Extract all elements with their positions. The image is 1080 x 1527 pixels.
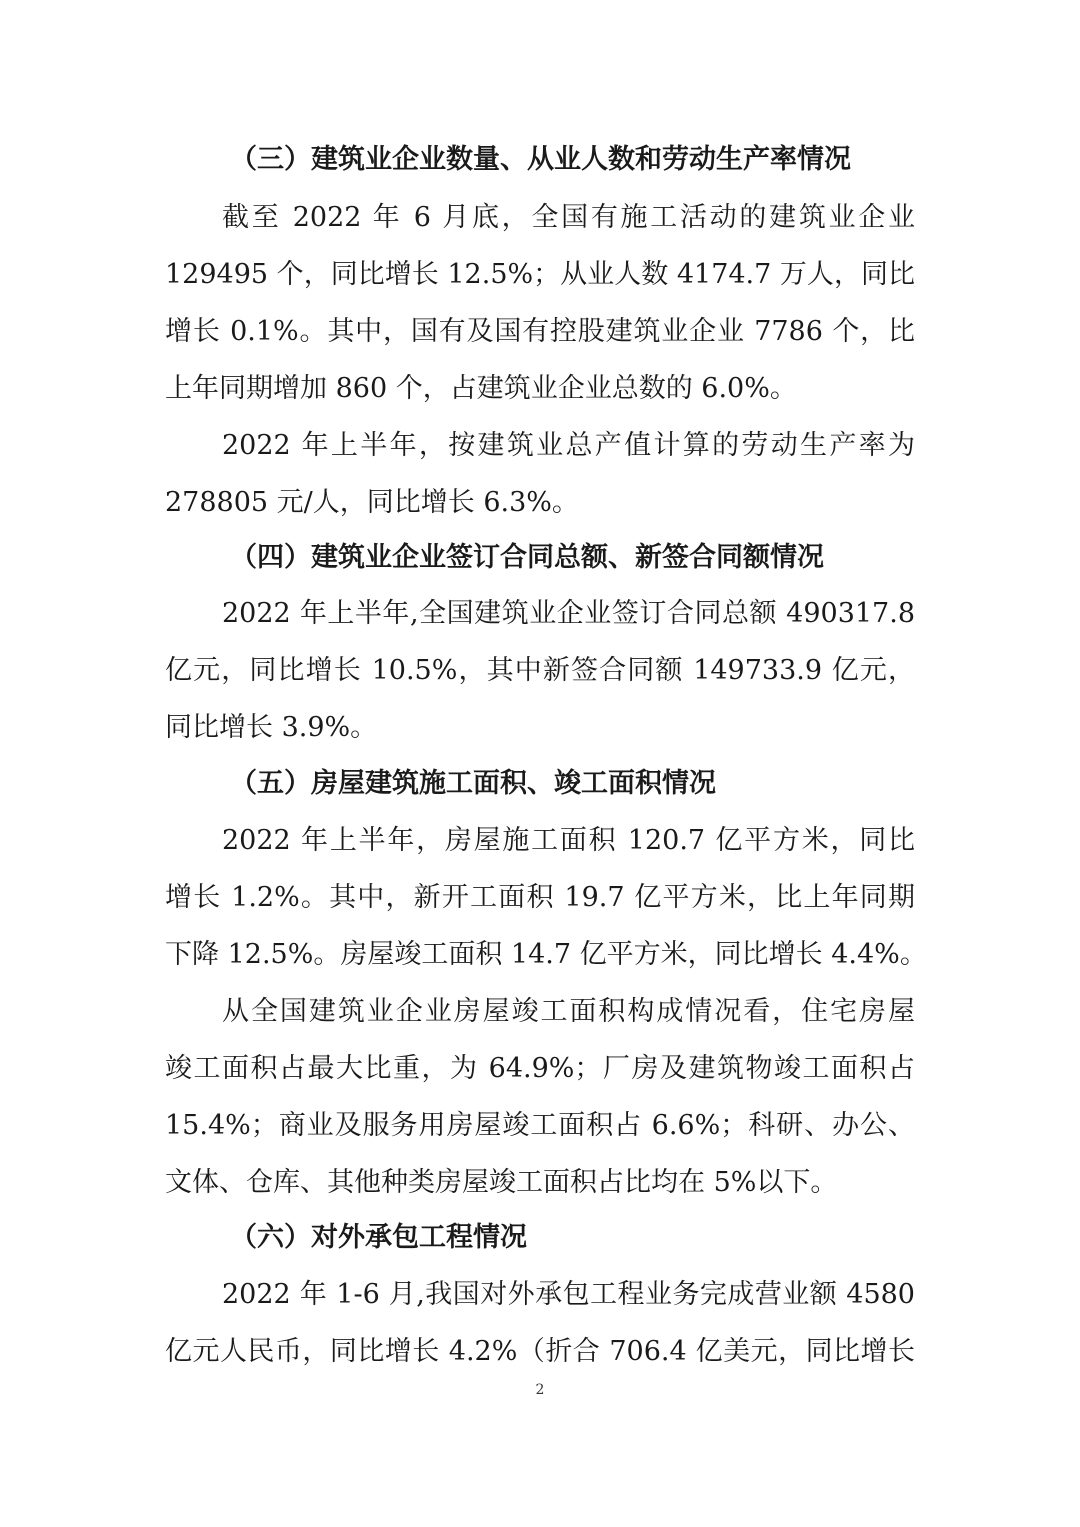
paragraph-line: 2022 年 1-6 月,我国对外承包工程业务完成营业额 4580 (222, 1275, 915, 1315)
paragraph-line: 下降 12.5%。房屋竣工面积 14.7 亿平方米，同比增长 4.4%。 (165, 935, 915, 975)
paragraph-line: 2022 年上半年,全国建筑业企业签订合同总额 490317.8 (222, 594, 915, 634)
paragraph-line: 增长 1.2%。其中，新开工面积 19.7 亿平方米，比上年同期 (165, 878, 915, 918)
page-number: 2 (0, 1382, 1080, 1398)
section-heading-3: （三）建筑业企业数量、从业人数和劳动生产率情况 (230, 140, 851, 180)
section-heading-6: （六）对外承包工程情况 (230, 1218, 527, 1258)
paragraph-line: 15.4%；商业及服务用房屋竣工面积占 6.6%；科研、办公、 (165, 1106, 915, 1146)
section-heading-4: （四）建筑业企业签订合同总额、新签合同额情况 (230, 538, 824, 578)
paragraph-line: 亿元，同比增长 10.5%，其中新签合同额 149733.9 亿元， (165, 651, 915, 691)
paragraph-line: 竣工面积占最大比重，为 64.9%；厂房及建筑物竣工面积占 (165, 1049, 915, 1089)
paragraph-line: 129495 个，同比增长 12.5%；从业人数 4174.7 万人，同比 (165, 255, 915, 295)
paragraph-line: 278805 元/人，同比增长 6.3%。 (165, 483, 915, 523)
paragraph-line: 亿元人民币，同比增长 4.2%（折合 706.4 亿美元，同比增长 (165, 1332, 915, 1372)
paragraph-line: 截至 2022 年 6 月底，全国有施工活动的建筑业企业 (222, 198, 915, 238)
section-heading-5: （五）房屋建筑施工面积、竣工面积情况 (230, 764, 716, 804)
paragraph-line: 从全国建筑业企业房屋竣工面积构成情况看，住宅房屋 (222, 992, 915, 1032)
paragraph-line: 2022 年上半年，按建筑业总产值计算的劳动生产率为 (222, 426, 915, 466)
paragraph-line: 文体、仓库、其他种类房屋竣工面积占比均在 5%以下。 (165, 1163, 915, 1203)
document-page: （三）建筑业企业数量、从业人数和劳动生产率情况 截至 2022 年 6 月底，全… (0, 0, 1080, 1527)
paragraph-line: 2022 年上半年，房屋施工面积 120.7 亿平方米，同比 (222, 821, 915, 861)
paragraph-line: 同比增长 3.9%。 (165, 708, 915, 748)
paragraph-line: 上年同期增加 860 个，占建筑业企业总数的 6.0%。 (165, 369, 915, 409)
paragraph-line: 增长 0.1%。其中，国有及国有控股建筑业企业 7786 个，比 (165, 312, 915, 352)
